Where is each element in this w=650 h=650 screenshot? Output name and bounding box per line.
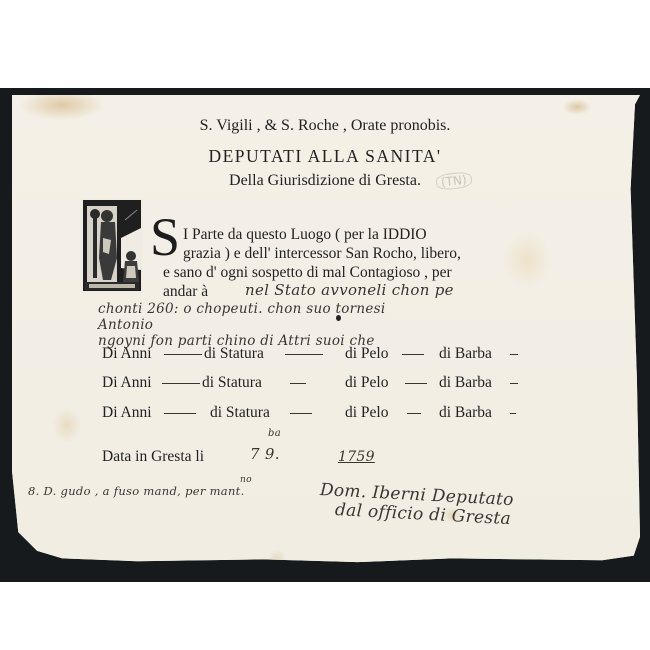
blank-line [510, 413, 516, 414]
blank-line [164, 354, 202, 355]
body-line-2: grazia ) e dell' intercessor San Rocho, … [183, 245, 461, 263]
description-row: Di Anni di Statura di Pelo di Barba [102, 404, 562, 424]
pelo-label: di Pelo [345, 374, 389, 392]
statura-label: di Statura [204, 345, 264, 363]
handwritten-destination: nel Stato avvoneli chon pe [245, 281, 454, 299]
handwritten-date: 7 9. [250, 445, 280, 463]
ink-blot [336, 315, 341, 321]
description-row: Di Anni di Statura di Pelo di Barba [102, 345, 562, 365]
handwritten-name: Antonio [98, 317, 153, 333]
blank-line [510, 354, 518, 355]
blank-line [405, 383, 427, 384]
anni-label: Di Anni [102, 404, 152, 422]
statura-label: di Statura [202, 374, 262, 392]
barba-label: di Barba [439, 404, 492, 422]
document-title: DEPUTATI ALLA SANITA' [0, 146, 650, 167]
handwritten-fill-2: chonti 260: o chopeuti. chon suo tornesi [98, 301, 386, 317]
anni-label: Di Anni [102, 345, 152, 363]
handwritten-year: 1759 [338, 449, 375, 465]
body-line-4: andar à [163, 283, 208, 301]
margin-note-superscript: no [240, 475, 252, 485]
statura-label: di Statura [210, 404, 270, 422]
blank-line [285, 354, 323, 355]
blank-line [510, 383, 518, 384]
saint-rocco-woodcut-icon [81, 198, 143, 293]
blank-line [290, 383, 306, 384]
description-row: Di Anni di Statura di Pelo di Barba [102, 374, 562, 394]
date-superscript: ba [268, 428, 281, 439]
pelo-label: di Pelo [345, 404, 389, 422]
date-label: Data in Gresta li [102, 448, 204, 466]
drop-cap-letter: S [150, 210, 180, 264]
body-line-1: I Parte da questo Luogo ( per la IDDIO [183, 226, 427, 244]
barba-label: di Barba [439, 345, 492, 363]
body-line-3: e sano d' ogni sospetto di mal Contagios… [163, 264, 452, 282]
anni-label: Di Anni [102, 374, 152, 392]
pelo-label: di Pelo [345, 345, 389, 363]
barba-label: di Barba [439, 374, 492, 392]
jurisdiction-line: Della Giurisdizione di Gresta. [0, 172, 650, 190]
handwritten-margin-note: 8. D. gudo , a fuso mand, per mant. [28, 484, 245, 498]
blank-line [162, 383, 200, 384]
invocation-line: S. Vigili , & S. Roche , Orate pronobis. [0, 117, 650, 135]
blank-line [407, 413, 421, 414]
blank-line [164, 413, 196, 414]
blank-line [402, 354, 424, 355]
blank-line [290, 413, 312, 414]
